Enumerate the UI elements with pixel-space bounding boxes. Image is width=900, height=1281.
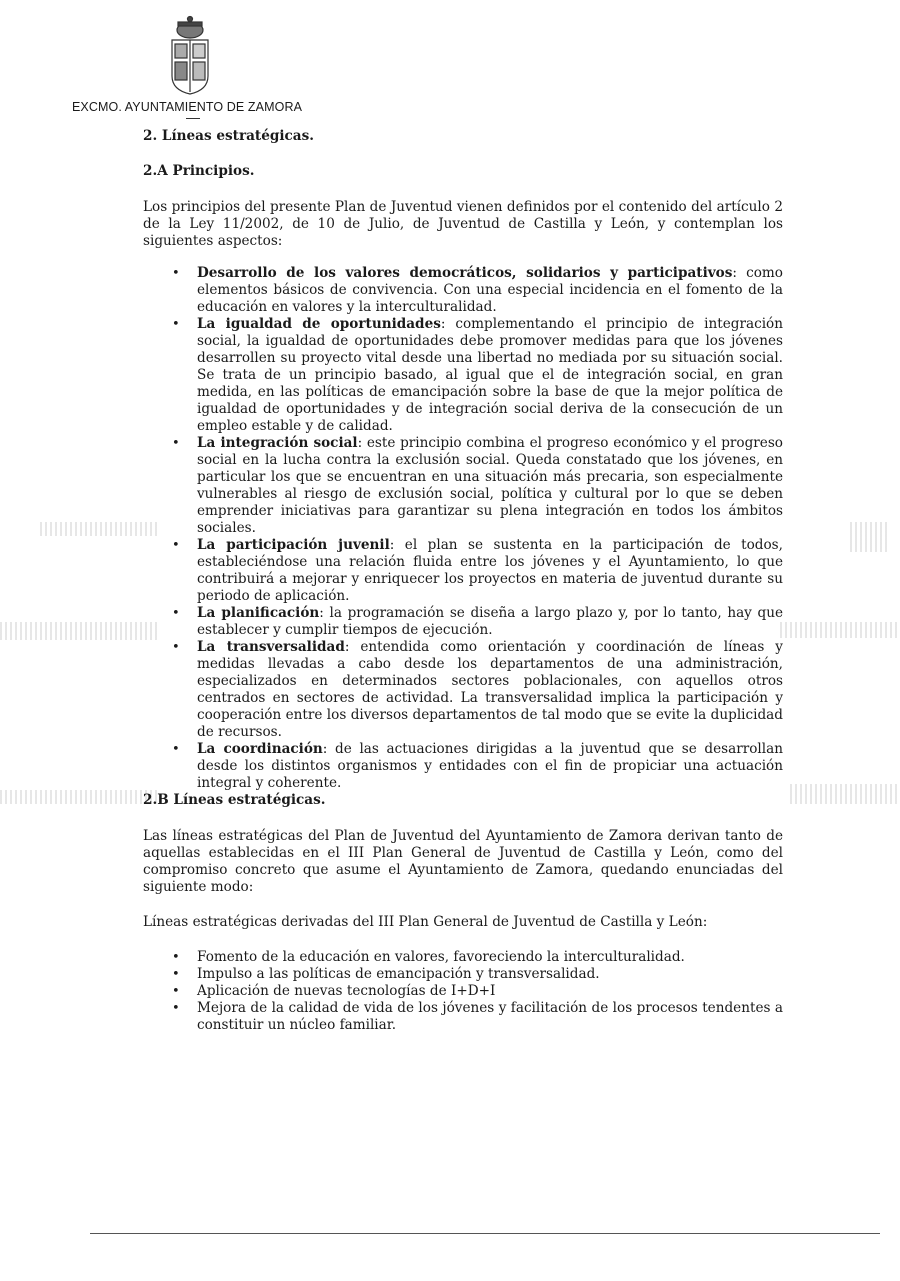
item-term: La transversalidad [197, 639, 345, 655]
list-item: La igualdad de oportunidades: complement… [197, 316, 783, 435]
list-item: Mejora de la calidad de vida de los jóve… [197, 1000, 783, 1034]
derived-lines-title: Líneas estratégicas derivadas del III Pl… [143, 914, 783, 931]
strategic-lines-list: Fomento de la educación en valores, favo… [143, 949, 783, 1034]
item-term: La integración social [197, 435, 358, 451]
item-term: La coordinación [197, 741, 323, 757]
principles-title: 2.A Principios. [143, 163, 783, 180]
item-term: La participación juvenil [197, 537, 390, 553]
principles-intro: Los principios del presente Plan de Juve… [143, 199, 783, 250]
scan-artifact [0, 790, 160, 804]
section-title: 2. Líneas estratégicas. [143, 128, 783, 145]
list-item: Aplicación de nuevas tecnologías de I+D+… [197, 983, 783, 1000]
strategic-lines-title: 2.B Líneas estratégicas. [143, 792, 783, 809]
scan-artifact [780, 622, 900, 638]
coat-of-arms-icon [164, 14, 216, 96]
list-item: Impulso a las políticas de emancipación … [197, 966, 783, 983]
principles-list: Desarrollo de los valores democráticos, … [143, 265, 783, 792]
item-text: : complementando el principio de integra… [197, 316, 783, 434]
item-term: La planificación [197, 605, 319, 621]
document-body: 2. Líneas estratégicas. 2.A Principios. … [143, 128, 783, 1034]
item-term: Desarrollo de los valores democráticos, … [197, 265, 732, 281]
list-item: La planificación: la programación se dis… [197, 605, 783, 639]
scan-artifact [0, 622, 160, 640]
list-item: Desarrollo de los valores democráticos, … [197, 265, 783, 316]
footer-divider [90, 1233, 880, 1234]
strategic-lines-intro: Las líneas estratégicas del Plan de Juve… [143, 828, 783, 896]
list-item: La participación juvenil: el plan se sus… [197, 537, 783, 605]
list-item: La integración social: este principio co… [197, 435, 783, 537]
item-term: La igualdad de oportunidades [197, 316, 441, 332]
scan-artifact [40, 522, 160, 536]
organization-name: EXCMO. AYUNTAMIENTO DE ZAMORA [72, 100, 302, 114]
list-item: Fomento de la educación en valores, favo… [197, 949, 783, 966]
header-divider [186, 118, 200, 119]
scan-artifact [850, 522, 890, 552]
list-item: La transversalidad: entendida como orien… [197, 639, 783, 741]
list-item: La coordinación: de las actuaciones diri… [197, 741, 783, 792]
scan-artifact [790, 784, 900, 804]
